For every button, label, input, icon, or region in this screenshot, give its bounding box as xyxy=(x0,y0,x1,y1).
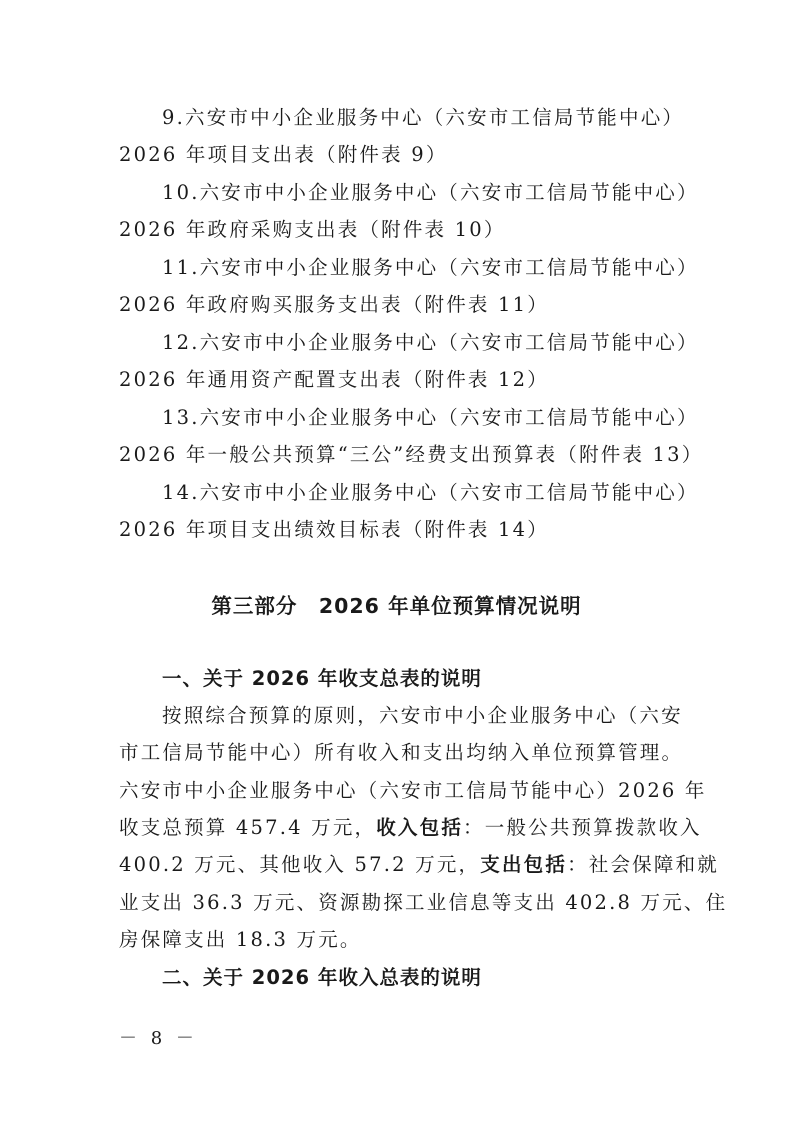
expense-text: ：社会保障和就 xyxy=(567,853,719,876)
section1-para-line4: 收支总预算 457.4 万元，收入包括：一般公共预算拨款收入 xyxy=(119,816,702,840)
section1-para-line6: 业支出 36.3 万元、资源勘探工业信息等支出 402.8 万元、住 xyxy=(119,891,727,915)
income-text: ：一般公共预算拨款收入 xyxy=(463,816,702,839)
section1-para-line3: 六安市中小企业服务中心（六安市工信局节能中心）2026 年 xyxy=(119,779,707,803)
income-label: 收入包括 xyxy=(376,816,463,839)
toc-item-10-line2: 2026 年政府采购支出表（附件表 10） xyxy=(119,218,506,242)
toc-item-12-line2: 2026 年通用资产配置支出表（附件表 12） xyxy=(119,368,549,392)
page-number: － 8 － xyxy=(119,1024,198,1050)
toc-item-10-line1: 10.六安市中小企业服务中心（六安市工信局节能中心） xyxy=(162,181,699,205)
toc-item-9-line2: 2026 年项目支出表（附件表 9） xyxy=(119,143,448,167)
toc-item-11-line1: 11.六安市中小企业服务中心（六安市工信局节能中心） xyxy=(162,256,699,280)
section1-para-line5: 400.2 万元、其他收入 57.2 万元，支出包括：社会保障和就 xyxy=(119,853,719,877)
section1-title: 一、关于 2026 年收支总表的说明 xyxy=(162,667,482,691)
section1-para-line2: 市工信局节能中心）所有收入和支出均纳入单位预算管理。 xyxy=(119,741,683,765)
toc-item-11-line2: 2026 年政府购买服务支出表（附件表 11） xyxy=(119,293,549,317)
part-heading: 第三部分 2026 年单位预算情况说明 xyxy=(0,589,793,619)
income-detail-text: 400.2 万元、其他收入 57.2 万元， xyxy=(119,853,480,876)
toc-item-14-line1: 14.六安市中小企业服务中心（六安市工信局节能中心） xyxy=(162,481,699,505)
section1-para-line1: 按照综合预算的原则，六安市中小企业服务中心（六安 xyxy=(162,704,683,728)
section2-title: 二、关于 2026 年收入总表的说明 xyxy=(162,966,482,990)
toc-item-9-line1: 9.六安市中小企业服务中心（六安市工信局节能中心） xyxy=(162,106,684,130)
section1-para-line7: 房保障支出 18.3 万元。 xyxy=(119,928,362,952)
total-budget-text: 收支总预算 457.4 万元， xyxy=(119,816,376,839)
expense-label: 支出包括 xyxy=(480,853,567,876)
toc-item-13-line2: 2026 年一般公共预算“三公”经费支出预算表（附件表 13） xyxy=(119,443,703,467)
toc-item-12-line1: 12.六安市中小企业服务中心（六安市工信局节能中心） xyxy=(162,331,699,355)
toc-item-14-line2: 2026 年项目支出绩效目标表（附件表 14） xyxy=(119,518,549,542)
toc-item-13-line1: 13.六安市中小企业服务中心（六安市工信局节能中心） xyxy=(162,406,699,430)
